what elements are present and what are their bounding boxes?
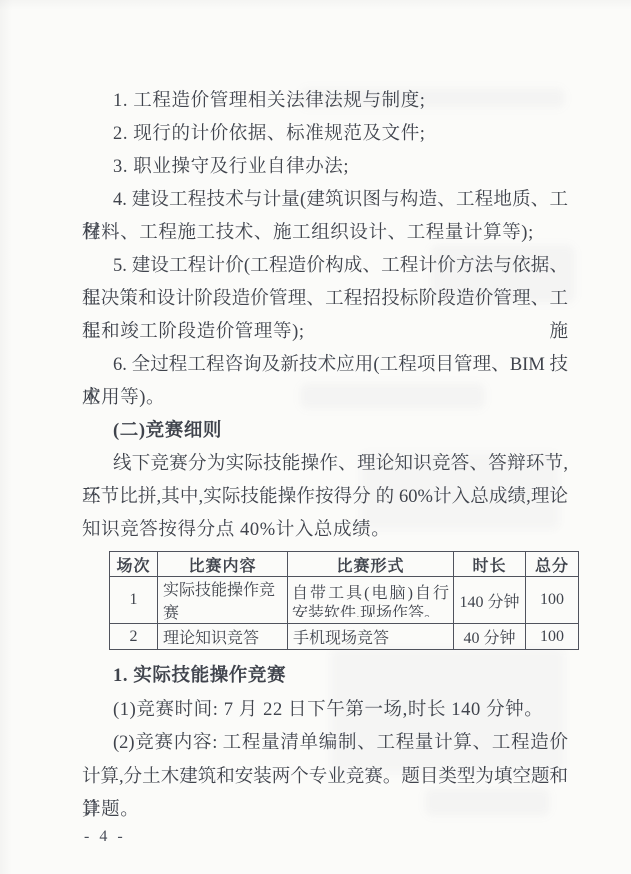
table-header-row: 场次 比赛内容 比赛形式 时长 总分 <box>110 552 579 577</box>
paragraph-competition-time: (1)竞赛时间: 7 月 22 日下午第一场,时长 140 分钟。 <box>82 694 568 728</box>
list-item-4: 4. 建设工程技术与计量(建筑识图与构造、工程地质、工程 <box>82 184 568 217</box>
table-header-duration: 时长 <box>454 552 526 577</box>
paragraph-competition-content: (2)竞赛内容: 工程量清单编制、工程量计算、工程造价 <box>82 727 568 761</box>
scanned-document-page: 1. 工程造价管理相关法律法规与制度; 2. 现行的计价依据、标准规范及文件; … <box>0 0 631 874</box>
list-item-3: 3. 职业操守及行业自律办法; <box>82 151 568 184</box>
cell-format-1-line-1: 自带工具(电脑)自行 <box>292 584 449 605</box>
list-item-2: 2. 现行的计价依据、标准规范及文件; <box>82 118 568 151</box>
cell-session-2: 2 <box>110 624 158 650</box>
document-body: 1. 工程造价管理相关法律法规与制度; 2. 现行的计价依据、标准规范及文件; … <box>82 85 568 828</box>
cell-duration-2: 40 分钟 <box>454 624 526 650</box>
paragraph-competition-overview-continued: 环节比拼,其中,实际技能操作按得分 的 60%计入总成绩,理论 <box>82 481 568 514</box>
paragraph-competition-content-continued: 计算,分土木建筑和安装两个专业竞赛。题目类型为填空题和计 <box>82 761 568 795</box>
cell-score-1: 100 <box>526 577 579 624</box>
cell-score-2: 100 <box>526 624 579 650</box>
list-item-5-continued: 程决策和设计阶段造价管理、工程招投标阶段造价管理、工程施 <box>82 283 568 316</box>
paragraph-competition-content-continued-2: 算题。 <box>82 794 568 828</box>
cell-content-1: 实际技能操作竞赛 <box>158 577 288 624</box>
subsection-heading-skill-competition: 1. 实际技能操作竞赛 <box>82 660 568 694</box>
table-row: 2 理论知识竞答 手机现场竞答 40 分钟 100 <box>110 624 579 650</box>
cell-format-1-clipped-text: 自带工具(电脑)自行 安装软件,现场作答。 <box>288 584 453 617</box>
table-header-score: 总分 <box>526 552 579 577</box>
list-item-5: 5. 建设工程计价(工程造价构成、工程计价方法与依据、工 <box>82 250 568 283</box>
cell-format-2: 手机现场竞答 <box>288 624 454 650</box>
cell-session-1: 1 <box>110 577 158 624</box>
table-header-session: 场次 <box>110 552 158 577</box>
list-item-1: 1. 工程造价管理相关法律法规与制度; <box>82 85 568 118</box>
cell-format-1-line-2: 安装软件,现场作答。 <box>292 604 449 617</box>
list-item-6-continued: 应用等)。 <box>82 382 568 415</box>
competition-schedule-table: 场次 比赛内容 比赛形式 时长 总分 1 实际技能操作竞赛 自带工具(电脑)自行… <box>109 551 579 650</box>
table-row: 1 实际技能操作竞赛 自带工具(电脑)自行 安装软件,现场作答。 140 分钟 … <box>110 577 579 624</box>
cell-format-1: 自带工具(电脑)自行 安装软件,现场作答。 <box>288 577 454 624</box>
cell-content-2: 理论知识竞答 <box>158 624 288 650</box>
cell-duration-1: 140 分钟 <box>454 577 526 624</box>
paragraph-competition-overview-continued-2: 知识竞答按得分点 40%计入总成绩。 <box>82 514 568 547</box>
paragraph-competition-overview: 线下竞赛分为实际技能操作、理论知识竞答、答辩环节,三 <box>82 448 568 481</box>
list-item-4-continued: 材料、工程施工技术、施工组织设计、工程量计算等); <box>82 217 568 250</box>
page-number: - 4 - <box>84 828 126 846</box>
list-item-6: 6. 全过程工程咨询及新技术应用(工程项目管理、BIM 技术 <box>82 349 568 382</box>
section-heading-competition-rules: (二)竞赛细则 <box>82 415 568 448</box>
table-header-format: 比赛形式 <box>288 552 454 577</box>
table-header-content: 比赛内容 <box>158 552 288 577</box>
